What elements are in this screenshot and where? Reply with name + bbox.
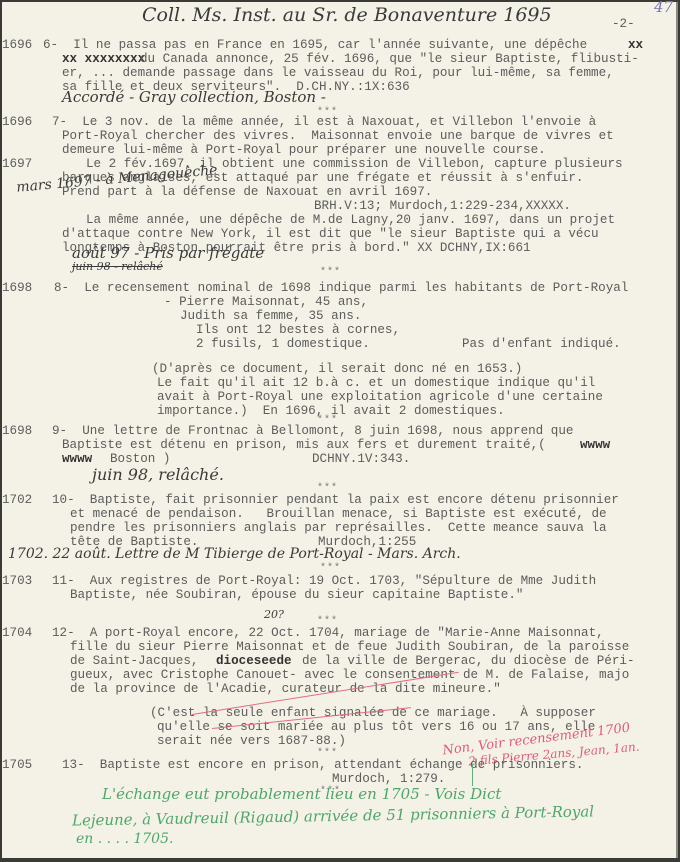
citation: DCHNY.1V:343. bbox=[312, 452, 410, 466]
struck-text: dioceseede bbox=[216, 654, 292, 668]
green-annotation: en . . . . 1705. bbox=[76, 832, 173, 846]
entry-line: Boston ) bbox=[110, 452, 170, 466]
entry-line: 10- Baptiste, fait prisonnier pendant la… bbox=[52, 493, 619, 507]
entry-year: 1696 bbox=[2, 115, 32, 129]
entry-line: Le fait qu'il ait 12 b.à c. et un domest… bbox=[157, 376, 595, 390]
handwritten-title: Coll. Ms. Inst. au Sr. de Bonaventure 16… bbox=[142, 8, 552, 22]
handwritten-annotation: juin 98, relâché. bbox=[92, 468, 224, 482]
struck-text: wwww bbox=[62, 452, 92, 466]
separator: *** bbox=[320, 266, 341, 280]
entry-line: 12- A port-Royal encore, 22 Oct. 1704, m… bbox=[52, 626, 604, 640]
entry-line: 8- Le recensement nominal de 1698 indiqu… bbox=[54, 281, 628, 295]
entry-line: 7- Le 3 nov. de la même année, il est à … bbox=[52, 115, 596, 129]
page-marker: -2- bbox=[612, 17, 635, 31]
entry-line: de Saint-Jacques, bbox=[70, 654, 198, 668]
entry-line: Judith sa femme, 35 ans. bbox=[180, 309, 361, 323]
handwritten-annotation: 20? bbox=[264, 608, 284, 622]
entry-line: er, ... demande passage dans le vaisseau… bbox=[62, 66, 614, 80]
entry-line: (D'après ce document, il serait donc né … bbox=[152, 362, 522, 376]
entry-line: - Pierre Maisonnat, 45 ans, bbox=[164, 295, 368, 309]
entry-line: d'attaque contre New York, il est dit qu… bbox=[62, 227, 599, 241]
document-page: Coll. Ms. Inst. au Sr. de Bonaventure 16… bbox=[2, 2, 678, 858]
entry-year: 1698 bbox=[2, 424, 32, 438]
entry-year: 1704 bbox=[2, 626, 32, 640]
entry-year: 1703 bbox=[2, 574, 32, 588]
green-annotation: L'échange eut probablement lieu en 1705 … bbox=[102, 787, 501, 801]
entry-line: La même année, une dépêche de M.de Lagny… bbox=[86, 213, 615, 227]
entry-year: 1702 bbox=[2, 493, 32, 507]
entry-line: Port-Royal chercher des vivres. Maisonna… bbox=[62, 129, 614, 143]
entry-year: 1697 bbox=[2, 157, 32, 171]
handwritten-annotation: 1702. 22 août. Lettre de M Tibierge de P… bbox=[8, 547, 461, 561]
folio-number: 47 bbox=[654, 0, 673, 14]
green-mark bbox=[472, 764, 473, 786]
green-annotation: Lejeune, à Vaudreuil (Rigaud) arrivée de… bbox=[72, 804, 594, 827]
entry-year: 1705 bbox=[2, 758, 32, 772]
entry-line: Baptiste est détenu en prison, mis aux f… bbox=[62, 438, 546, 452]
entry-line: de la province de l'Acadie, curateur de … bbox=[70, 682, 501, 696]
struck-text: xx bbox=[628, 38, 643, 52]
citation: Murdoch, 1:279. bbox=[332, 772, 445, 786]
entry-line: Baptiste, née Soubiran, épouse du sieur … bbox=[70, 588, 523, 602]
entry-year: 1696 bbox=[2, 38, 32, 52]
struck-text: xx xxxxxxxx bbox=[62, 52, 145, 66]
entry-line: demeure lui-même à Port-Royal pour prépa… bbox=[62, 143, 546, 157]
entry-line: Prend part à la défense de Naxouat en av… bbox=[62, 185, 432, 199]
handwritten-annotation: août 97 - Pris par frégate bbox=[72, 246, 264, 260]
entry-line: pendre les prisonniers anglais par repré… bbox=[70, 521, 607, 535]
entry-line: 11- Aux registres de Port-Royal: 19 Oct.… bbox=[52, 574, 596, 588]
entry-line: 6- Il ne passa pas en France en 1695, ca… bbox=[43, 38, 587, 52]
entry-line: Ils ont 12 bestes à cornes, bbox=[196, 323, 400, 337]
entry-line: fille du sieur Pierre Maisonnat et de fe… bbox=[70, 640, 629, 654]
entry-year: 1698 bbox=[2, 281, 32, 295]
entry-line: 2 fusils, 1 domestique. bbox=[196, 337, 370, 351]
entry-line: (C'est la seule enfant signalée de ce ma… bbox=[150, 706, 596, 720]
entry-line: de la ville de Bergerac, du diocèse de P… bbox=[302, 654, 635, 668]
entry-line: serait née vers 1687-88.) bbox=[157, 734, 346, 748]
handwritten-annotation: Accordé - Gray collection, Boston - bbox=[62, 90, 326, 104]
entry-line: du Canada annonce, 25 fév. 1696, que "le… bbox=[140, 52, 639, 66]
entry-line: 13- Baptiste est encore en prison, atten… bbox=[62, 758, 583, 772]
citation: BRH.V:13; Murdoch,1:229-234,XXXXX. bbox=[314, 199, 571, 213]
struck-annotation: juin 98 - relâché bbox=[72, 260, 163, 274]
entry-line: et menacé de pendaison. Brouillan menace… bbox=[70, 507, 607, 521]
struck-text: wwww bbox=[580, 438, 610, 452]
entry-line: avait à Port-Royal une exploitation agri… bbox=[157, 390, 603, 404]
entry-line: gueux, avec Cristophe Canouet- avec le c… bbox=[70, 668, 629, 682]
entry-line: 9- Une lettre de Frontnac à Bellomont, 8… bbox=[52, 424, 573, 438]
entry-line: Pas d'enfant indiqué. bbox=[462, 337, 621, 351]
